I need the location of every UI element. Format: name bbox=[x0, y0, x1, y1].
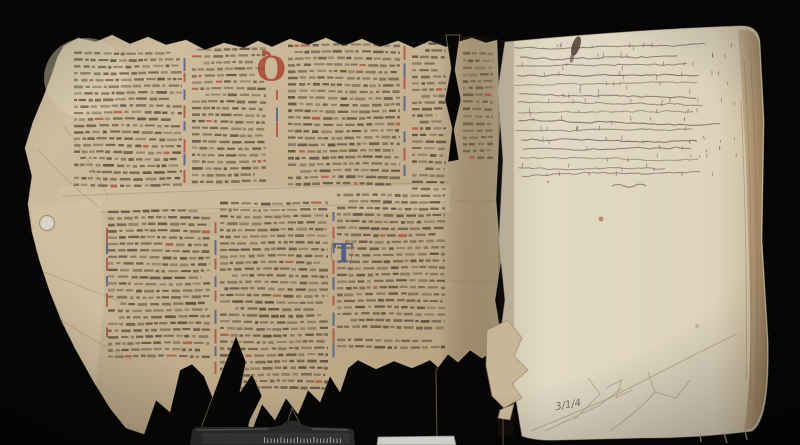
manuscript-photo-canvas: Q T bbox=[0, 0, 800, 445]
photo-vignette bbox=[0, 0, 800, 445]
manuscript-photograph: Q T bbox=[0, 0, 800, 445]
